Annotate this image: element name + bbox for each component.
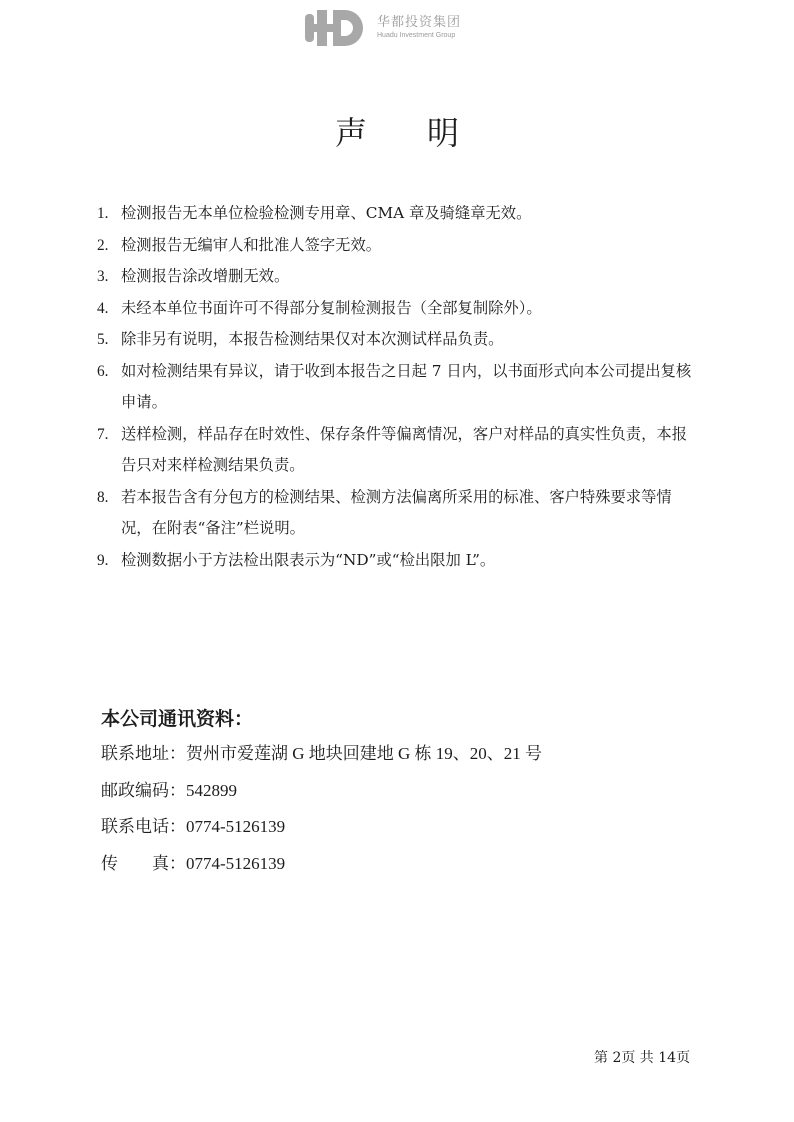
postcode-value: 542899 [186,781,237,800]
item-text: 如对检测结果有异议，请于收到本报告之日起 7 日内，以书面形式向本公司提出复核申… [121,362,691,412]
item-number: 2. [97,230,108,262]
item-text: 检测数据小于方法检出限表示为“ND”或“检出限加 L”。 [121,551,495,569]
fax-label: 传 真： [101,854,186,874]
item-number: 8. [97,482,108,514]
item-text: 若本报告含有分包方的检测结果、检测方法偏离所采用的标准、客户特殊要求等情况，在附… [121,488,672,538]
statement-item: 9.检测数据小于方法检出限表示为“ND”或“检出限加 L”。 [97,545,697,577]
contact-info: 本公司通讯资料： 联系地址：贺州市爱莲湖 G 地块回建地 G 栋 19、20、2… [101,704,542,882]
hd-logo-icon [305,10,363,46]
item-text: 未经本单位书面许可不得部分复制检测报告（全部复制除外）。 [121,299,542,317]
item-text: 检测报告无本单位检验检测专用章、CMA 章及骑缝章无效。 [121,204,531,222]
postcode-label: 邮政编码： [101,781,186,801]
contact-fax: 传 真：0774-5126139 [101,846,542,883]
phone-value: 0774-5126139 [186,817,285,836]
item-number: 6. [97,356,108,388]
item-text: 除非另有说明，本报告检测结果仅对本次测试样品负责。 [121,330,503,348]
contact-address: 联系地址：贺州市爱莲湖 G 地块回建地 G 栋 19、20、21 号 [101,736,542,773]
phone-label: 联系电话： [101,817,186,837]
statement-item: 8.若本报告含有分包方的检测结果、检测方法偏离所采用的标准、客户特殊要求等情况，… [97,482,697,545]
address-value: 贺州市爱莲湖 G 地块回建地 G 栋 19、20、21 号 [186,744,542,763]
item-number: 7. [97,419,108,451]
company-name-cn: 华都投资集团 [377,15,461,31]
statement-item: 7.送样检测，样品存在时效性、保存条件等偏离情况，客户对样品的真实性负责，本报告… [97,419,697,482]
company-name-en: Huadu Investment Group [377,31,461,41]
item-number: 1. [97,198,108,230]
fax-value: 0774-5126139 [186,854,285,873]
statement-item: 2.检测报告无编审人和批准人签字无效。 [97,230,697,262]
statement-item: 1.检测报告无本单位检验检测专用章、CMA 章及骑缝章无效。 [97,198,697,230]
statement-item: 3.检测报告涂改增删无效。 [97,261,697,293]
statement-list: 1.检测报告无本单位检验检测专用章、CMA 章及骑缝章无效。 2.检测报告无编审… [97,198,697,576]
item-text: 送样检测，样品存在时效性、保存条件等偏离情况，客户对样品的真实性负责，本报告只对… [121,425,687,475]
item-number: 5. [97,324,108,356]
statement-item: 5.除非另有说明，本报告检测结果仅对本次测试样品负责。 [97,324,697,356]
contact-postcode: 邮政编码：542899 [101,773,542,810]
contact-heading: 本公司通讯资料： [101,704,542,734]
page-number: 第 2页 共 14页 [594,1047,690,1067]
statement-item: 4.未经本单位书面许可不得部分复制检测报告（全部复制除外）。 [97,293,697,325]
company-logo: 华都投资集团 Huadu Investment Group [305,8,461,48]
contact-phone: 联系电话：0774-5126139 [101,809,542,846]
statement-item: 6.如对检测结果有异议，请于收到本报告之日起 7 日内，以书面形式向本公司提出复… [97,356,697,419]
item-number: 4. [97,293,108,325]
address-label: 联系地址： [101,744,186,764]
page-title: 声明 [0,108,794,154]
item-text: 检测报告无编审人和批准人签字无效。 [121,236,381,254]
item-number: 3. [97,261,108,293]
item-number: 9. [97,545,108,577]
item-text: 检测报告涂改增删无效。 [121,267,289,285]
